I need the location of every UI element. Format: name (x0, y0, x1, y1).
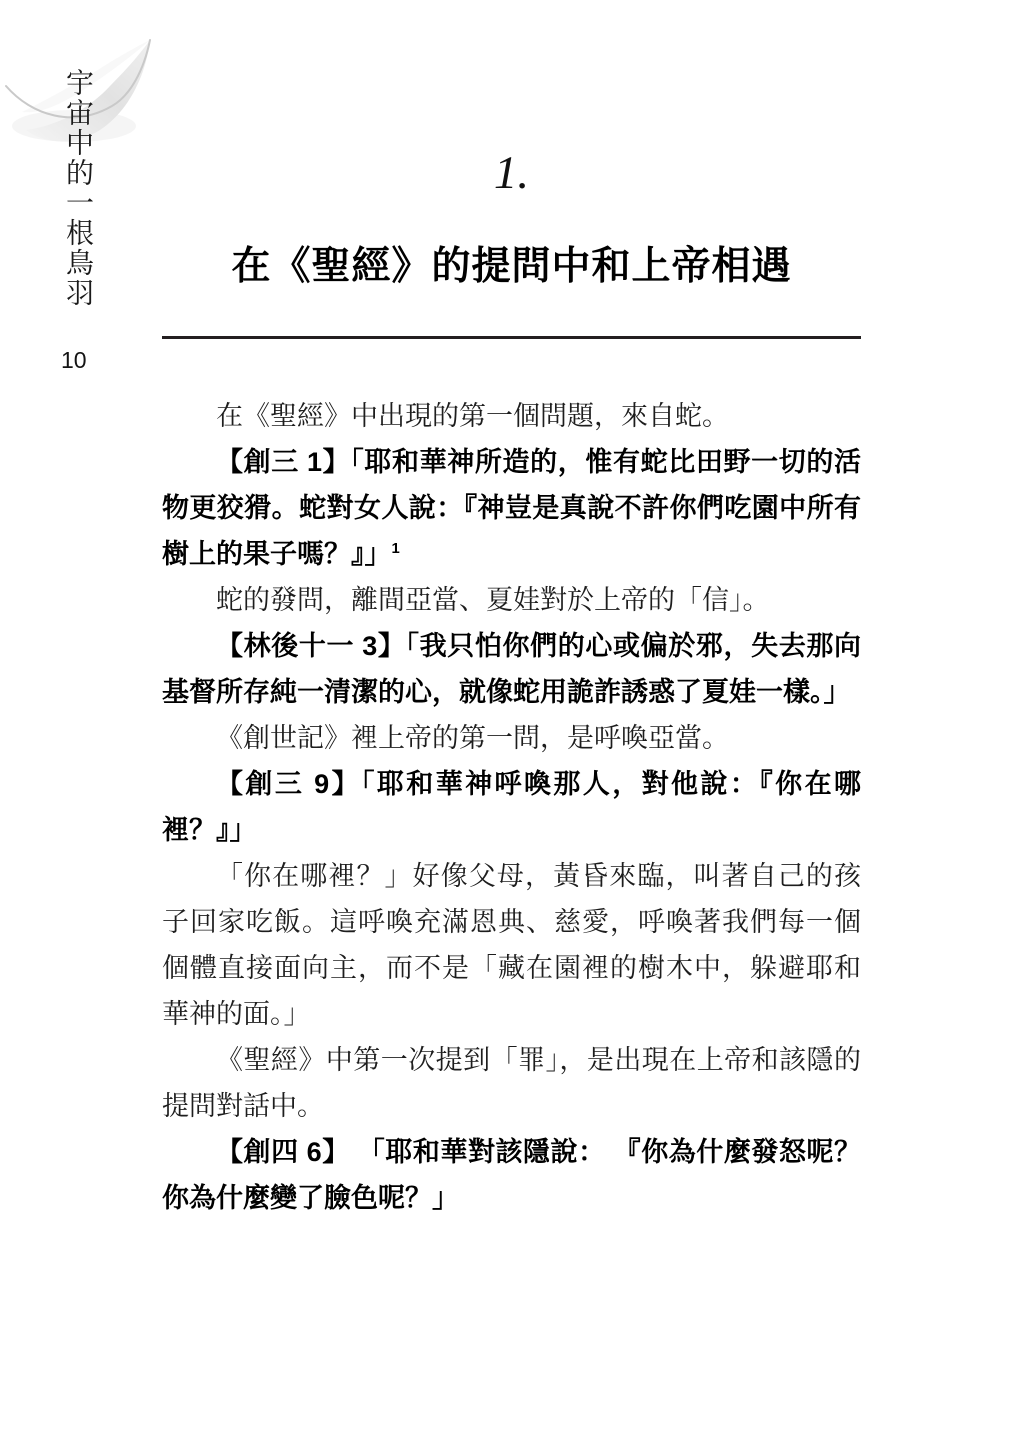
body-paragraph: 「你在哪裡？」好像父母，黃昏來臨，叫著自己的孩子回家吃飯。這呼喚充滿恩典、慈愛，… (162, 853, 861, 1037)
paragraph-text: 蛇的發問，離間亞當、夏娃對於上帝的「信」。 (216, 585, 770, 615)
title-divider (162, 336, 861, 339)
body-text: 在《聖經》中出現的第一個問題，來自蛇。【創三 1】「耶和華神所造的，惟有蛇比田野… (162, 393, 861, 1221)
page-number: 10 (61, 347, 87, 374)
chapter-page: 1. 在《聖經》的提問中和上帝相遇 在《聖經》中出現的第一個問題，來自蛇。【創三… (162, 150, 861, 1221)
paragraph-text: 「你在哪裡？」好像父母，黃昏來臨，叫著自己的孩子回家吃飯。這呼喚充滿恩典、慈愛，… (162, 861, 861, 1029)
scripture-quote-paragraph: 【林後十一 3】「我只怕你們的心或偏於邪，失去那向基督所存純一清潔的心，就像蛇用… (162, 623, 861, 715)
body-paragraph: 蛇的發問，離間亞當、夏娃對於上帝的「信」。 (162, 577, 861, 623)
scripture-quote-paragraph: 【創四 6】 「耶和華對該隱說： 『你為什麼發怒呢？你為什麼變了臉色呢？」 (162, 1129, 861, 1221)
footnote-ref: 1 (392, 541, 400, 557)
paragraph-text: 【創四 6】 「耶和華對該隱說： 『你為什麼發怒呢？你為什麼變了臉色呢？」 (162, 1137, 861, 1213)
paragraph-text: 【林後十一 3】「我只怕你們的心或偏於邪，失去那向基督所存純一清潔的心，就像蛇用… (162, 631, 861, 707)
paragraph-text: 《創世記》裡上帝的第一問，是呼喚亞當。 (216, 723, 729, 753)
paragraph-text: 【創三 9】「耶和華神呼喚那人，對他說：『你在哪裡？』」 (162, 769, 861, 845)
book-page: { "page": { "background": "#ffffff", "bo… (0, 0, 1024, 1441)
paragraph-text: 在《聖經》中出現的第一個問題，來自蛇。 (216, 401, 729, 431)
paragraph-text: 《聖經》中第一次提到「罪」，是出現在上帝和該隱的提問對話中。 (162, 1045, 861, 1121)
chapter-number: 1. (162, 150, 861, 197)
scripture-quote-paragraph: 【創三 9】「耶和華神呼喚那人，對他說：『你在哪裡？』」 (162, 761, 861, 853)
paragraph-text: 【創三 1】「耶和華神所造的，惟有蛇比田野一切的活物更狡猾。蛇對女人說：『神豈是… (162, 447, 861, 569)
scripture-quote-paragraph: 【創三 1】「耶和華神所造的，惟有蛇比田野一切的活物更狡猾。蛇對女人說：『神豈是… (162, 439, 861, 577)
body-paragraph: 《創世記》裡上帝的第一問，是呼喚亞當。 (162, 715, 861, 761)
body-paragraph: 《聖經》中第一次提到「罪」，是出現在上帝和該隱的提問對話中。 (162, 1037, 861, 1129)
sidebar-book-title: 宇宙中的一根鳥羽 (62, 68, 92, 308)
body-paragraph: 在《聖經》中出現的第一個問題，來自蛇。 (162, 393, 861, 439)
chapter-title: 在《聖經》的提問中和上帝相遇 (162, 244, 861, 291)
